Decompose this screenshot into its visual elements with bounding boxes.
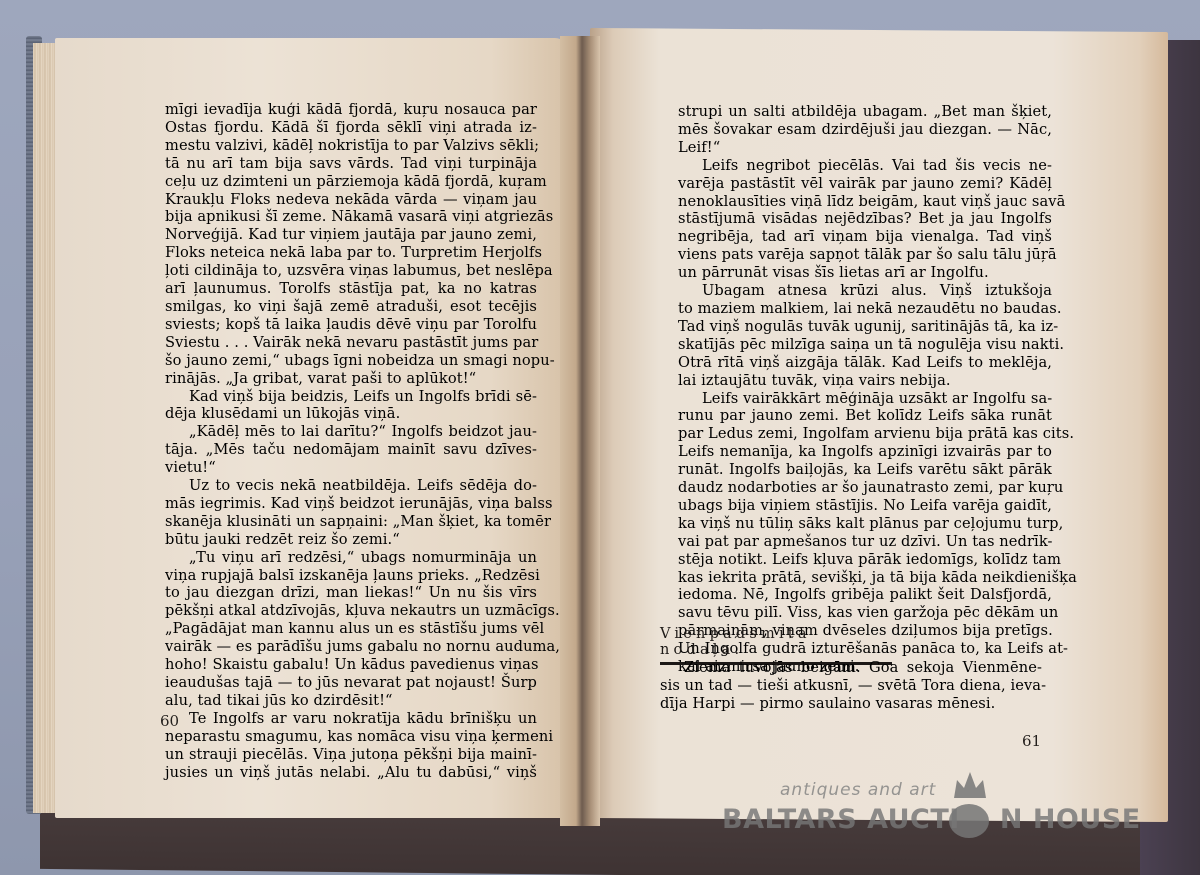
text-line: jusies un viņš jutās nelabi. „Alu tu dab… [165, 764, 537, 782]
text-line: Kraukļu Floks nedeva nekāda vārda — viņa… [165, 191, 537, 209]
watermark-name-part1: BALTARS AUCTI [722, 804, 960, 835]
auction-house-watermark: antiques and art BALTARS AUCTIN HOUSE [722, 780, 1122, 840]
text-line: iedoma. Nē, Ingolfs gribēja palikt šeit … [678, 586, 1052, 604]
text-line: ka viņš nu tūliņ sāks kalt plānus par ce… [678, 515, 1052, 533]
text-line: „Tu viņu arī redzēsi,“ ubags nomurmināja… [165, 549, 537, 567]
text-line: nenoklausīties viņā līdz beigām, kaut vi… [678, 193, 1052, 211]
crown-icon [952, 772, 988, 802]
left-page-body-text: mīgi ievadīja kuģi kādā fjordā, kuŗu nos… [165, 101, 537, 781]
text-line: hoho! Skaistu gabalu! Un kādus pavedienu… [165, 656, 537, 674]
text-line: vai pat par apmešanos tur uz dzīvi. Un t… [678, 533, 1052, 551]
text-line: viens pats varēja sapņot tālāk par šo sa… [678, 246, 1052, 264]
text-line: mīgi ievadīja kuģi kādā fjordā, kuŗu nos… [165, 101, 537, 119]
text-line: rinājās. „Ja gribat, varat paši to aplūk… [165, 370, 537, 388]
text-line: būtu jauki redzēt reiz šo zemi.“ [165, 531, 537, 549]
text-line: Leifs negribot piecēlās. Vai tad šis vec… [678, 157, 1052, 175]
text-line: varēja pastāstīt vēl vairāk par jauno ze… [678, 175, 1052, 193]
text-line: Ziema tuvojās beigām. Goa sekoja Vienmēn… [660, 659, 1042, 677]
text-line: Sviestu . . . Vairāk nekā nevaru pastāst… [165, 334, 537, 352]
text-line: „Kādēļ mēs to lai darītu?“ Ingolfs beidz… [165, 423, 537, 441]
text-line: dīja Harpi — pirmo saulaino vasaras mēne… [660, 695, 1042, 713]
right-page-body-text: strupi un salti atbildēja ubagam. „Bet m… [678, 103, 1052, 676]
watermark-name-part2: N HOUSE [1000, 804, 1141, 835]
text-line: arī ļaunumus. Torolfs stāstīja pat, ka n… [165, 280, 537, 298]
text-line: ceļu uz dzimteni un pārziemoja kādā fjor… [165, 173, 537, 191]
text-line: un strauji piecēlās. Viņa jutoņa pēkšņi … [165, 746, 537, 764]
text-line: vairāk — es parādīšu jums gabalu no norn… [165, 638, 537, 656]
text-line: un pārrunāt visas šīs lietas arī ar Ingo… [678, 264, 1052, 282]
text-line: daudz nodarboties ar šo jaunatrasto zemi… [678, 479, 1052, 497]
text-line: neparastu smagumu, kas nomāca visu viņa … [165, 728, 537, 746]
text-line: Leif!“ [678, 139, 1052, 157]
text-line: Floks neteica nekā laba par to. Turpreti… [165, 244, 537, 262]
text-line: skatījās pēc milzīga saiņa un tā nogulēj… [678, 336, 1052, 354]
text-line: sviests; kopš tā laika ļaudis dēvē viņu … [165, 316, 537, 334]
text-line: dēja klusēdami un lūkojās viņā. [165, 405, 537, 423]
text-line: stēja notikt. Leifs kļuva pārāk iedomīgs… [678, 551, 1052, 569]
text-line: Ubagam atnesa krūzi alus. Viņš iztukšoja [678, 282, 1052, 300]
page-number-right: 61 [1022, 732, 1041, 750]
text-line: Tad viņš nogulās tuvāk ugunij, saritināj… [678, 318, 1052, 336]
text-line: Norveģijā. Kad tur viņiem jautāja par ja… [165, 226, 537, 244]
page-number-left: 60 [160, 712, 179, 730]
text-line: to jau diezgan drīzi, man liekas!“ Un nu… [165, 584, 537, 602]
text-line: tāja. „Mēs taču nedomājam mainīt savu dz… [165, 441, 537, 459]
text-line: ieaudušas tajā — to jūs nevarat pat noja… [165, 674, 537, 692]
text-line: ubags bija viņiem stāstījis. No Leifa va… [678, 497, 1052, 515]
text-line: pēkšņi atkal atdzīvojās, kļuva nekautrs … [165, 602, 537, 620]
text-line: vietu!“ [165, 459, 537, 477]
chapter-opening-text: Ziema tuvojās beigām. Goa sekoja Vienmēn… [660, 659, 1042, 713]
text-line: par Ledus zemi, Ingolfam arvienu bija pr… [678, 425, 1052, 443]
watermark-tagline: antiques and art [780, 780, 936, 800]
text-line: stāstījumā visādas nejēdzības? Bet ja ja… [678, 210, 1052, 228]
text-line: Leifs vairākkārt mēģināja uzsākt ar Ingo… [678, 390, 1052, 408]
text-line: strupi un salti atbildēja ubagam. „Bet m… [678, 103, 1052, 121]
text-line: sis un tad — tieši atkusnī, — svētā Tora… [660, 677, 1042, 695]
book-gutter [560, 36, 600, 826]
text-line: „Pagādājat man kannu alus un es stāstīšu… [165, 620, 537, 638]
text-line: Kad viņš bija beidzis, Leifs un Ingolfs … [165, 388, 537, 406]
text-line: mēs šovakar esam dzirdējuši jau diezgan.… [678, 121, 1052, 139]
text-line: Leifs nemanīja, ka Ingolfs apzinīgi izva… [678, 443, 1052, 461]
text-line: lai iztaujātu tuvāk, viņa vairs nebija. [678, 372, 1052, 390]
text-line: Te Ingolfs ar varu nokratīja kādu brīniš… [165, 710, 537, 728]
text-line: to maziem malkiem, lai nekā nezaudētu no… [678, 300, 1052, 318]
text-line: alu, tad tikai jūs ko dzirdēsit!“ [165, 692, 537, 710]
text-line: skanēja klusināti un sapņaini: „Man šķie… [165, 513, 537, 531]
text-line: ļoti cildināja to, uzsvēra viņas labumus… [165, 262, 537, 280]
text-line: bija apnikusi šī zeme. Nākamā vasarā viņ… [165, 208, 537, 226]
text-line: kas iekrita prātā, sevišķi, ja tā bija k… [678, 569, 1052, 587]
text-line: šo jauno zemi,“ ubags īgni nobeidza un s… [165, 352, 537, 370]
text-line: Otrā rītā viņš aizgāja tālāk. Kad Leifs … [678, 354, 1052, 372]
text-line: negribēja, tad arī viņam bija vienalga. … [678, 228, 1052, 246]
watermark-name: BALTARS AUCTIN HOUSE [722, 804, 1141, 835]
text-line: savu tēvu pilī. Viss, kas vien garžoja p… [678, 604, 1052, 622]
text-line: smilgas, ko viņi šajā zemē atraduši, eso… [165, 298, 537, 316]
text-line: Ostas fjordu. Kādā šī fjorda sēklī viņi … [165, 119, 537, 137]
text-line: mestu valzivi, kādēļ nokristīja to par V… [165, 137, 537, 155]
text-line: runu par jauno zemi. Bet kolīdz Leifs sā… [678, 407, 1052, 425]
text-line: Uz to vecis nekā neatbildēja. Leifs sēdē… [165, 477, 537, 495]
text-line: runāt. Ingolfs baiļojās, ka Leifs varētu… [678, 461, 1052, 479]
text-line: tā nu arī tam bija savs vārds. Tad viņi … [165, 155, 537, 173]
text-line: viņa rupjajā balsī izskanēja ļauns priek… [165, 567, 537, 585]
text-line: mās iegrimis. Kad viņš beidzot ierunājās… [165, 495, 537, 513]
